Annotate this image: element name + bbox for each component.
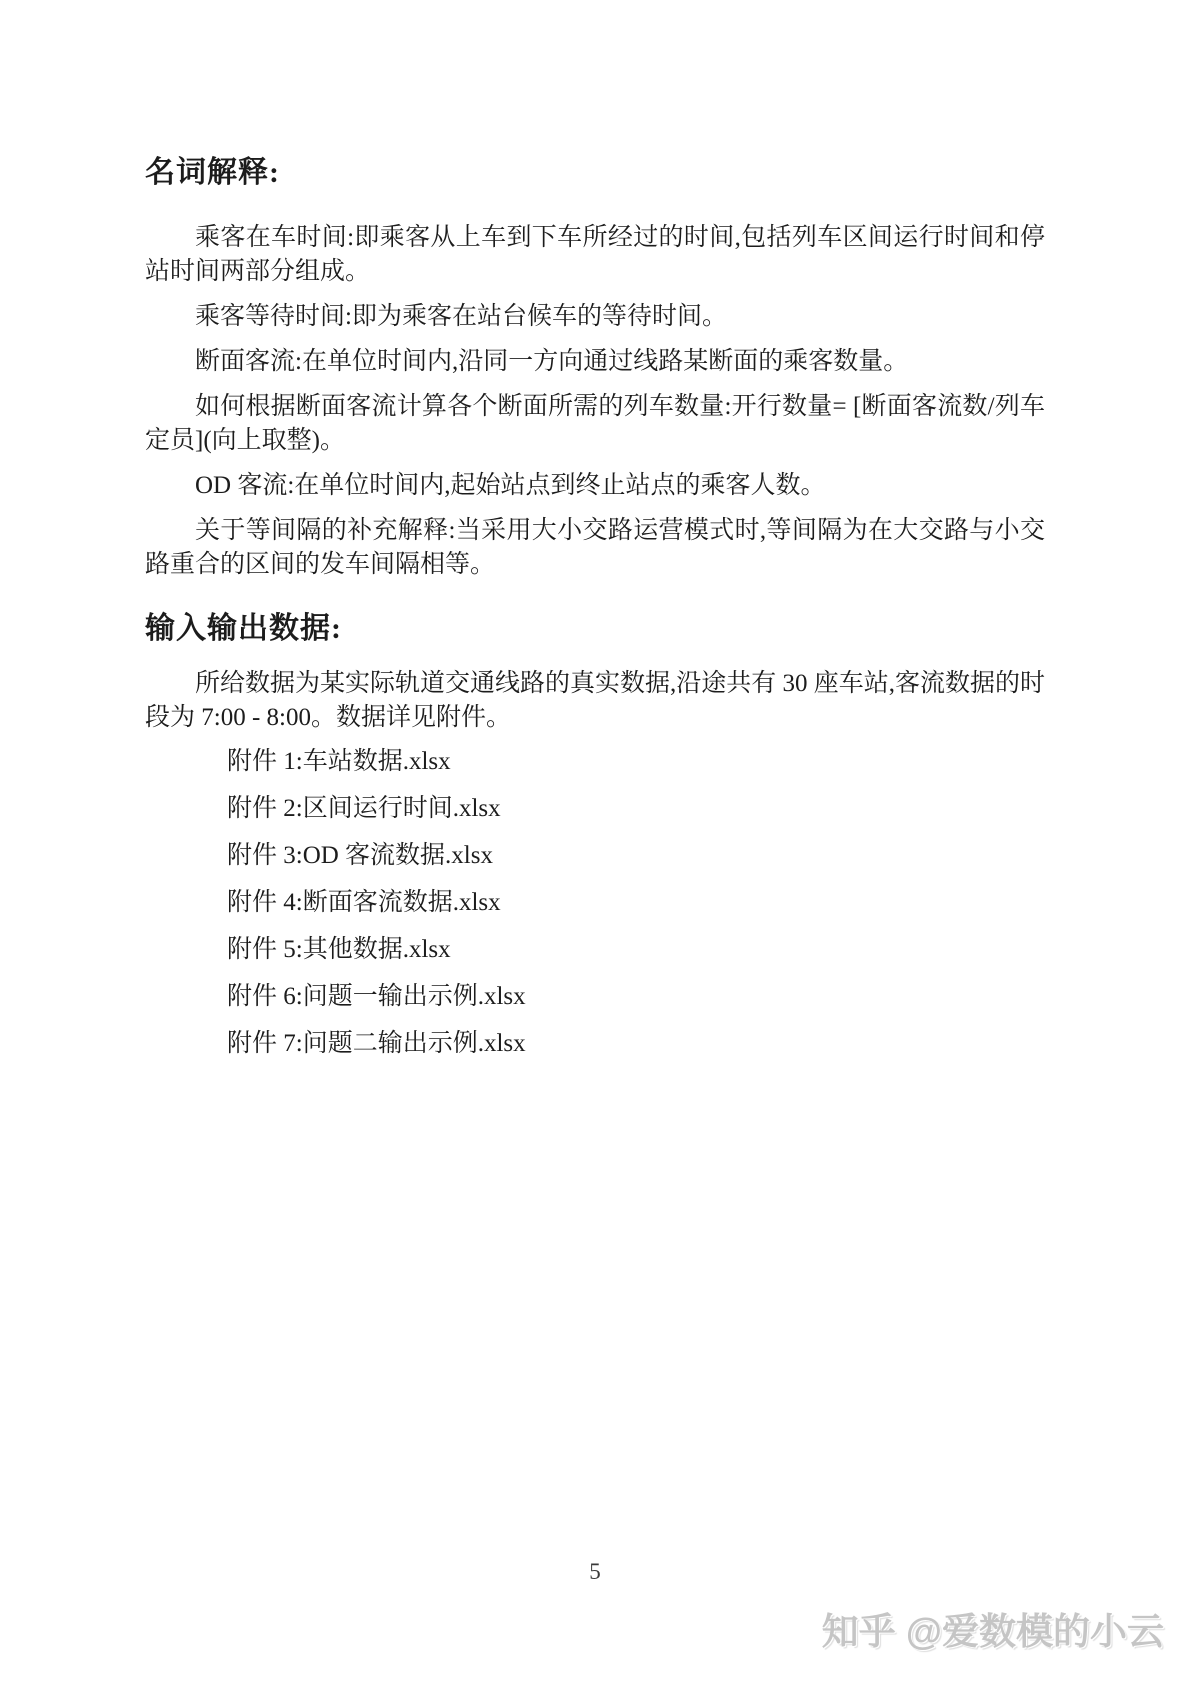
document-content: 名词解释: 乘客在车时间:即乘客从上车到下车所经过的时间,包括列车区间运行时间和… (145, 153, 1045, 1061)
glossary-item-passenger-onboard-time: 乘客在车时间:即乘客从上车到下车所经过的时间,包括列车区间运行时间和停站时间两部… (145, 221, 1045, 289)
glossary-item-od-flow: OD 客流:在单位时间内,起始站点到终止站点的乘客人数。 (145, 469, 1045, 503)
attachment-item-3: 附件 3:OD 客流数据.xlsx (227, 839, 1045, 873)
attachment-item-1: 附件 1:车站数据.xlsx (227, 745, 1045, 779)
glossary-item-equal-interval-note: 关于等间隔的补充解释:当采用大小交路运营模式时,等间隔为在大交路与小交路重合的区… (145, 514, 1045, 582)
glossary-item-passenger-wait-time: 乘客等待时间:即为乘客在站台候车的等待时间。 (145, 300, 1045, 334)
io-data-intro: 所给数据为某实际轨道交通线路的真实数据,沿途共有 30 座车站,客流数据的时段为… (145, 667, 1045, 735)
attachment-item-6: 附件 6:问题一输出示例.xlsx (227, 980, 1045, 1014)
page-number: 5 (0, 1558, 1190, 1586)
glossary-item-section-passenger-flow: 断面客流:在单位时间内,沿同一方向通过线路某断面的乘客数量。 (145, 345, 1045, 379)
glossary-heading: 名词解释: (145, 153, 1045, 193)
attachment-list: 附件 1:车站数据.xlsx 附件 2:区间运行时间.xlsx 附件 3:OD … (145, 745, 1045, 1061)
zhihu-watermark: 知乎 @爱数模的小云 (822, 1610, 1164, 1654)
attachment-item-7: 附件 7:问题二输出示例.xlsx (227, 1027, 1045, 1061)
attachment-item-5: 附件 5:其他数据.xlsx (227, 933, 1045, 967)
document-page: 名词解释: 乘客在车时间:即乘客从上车到下车所经过的时间,包括列车区间运行时间和… (0, 0, 1190, 1683)
attachment-item-4: 附件 4:断面客流数据.xlsx (227, 886, 1045, 920)
attachment-item-2: 附件 2:区间运行时间.xlsx (227, 792, 1045, 826)
io-data-heading: 输入输出数据: (145, 609, 1045, 649)
glossary-item-train-count-formula: 如何根据断面客流计算各个断面所需的列车数量:开行数量= [断面客流数/列车定员]… (145, 390, 1045, 458)
